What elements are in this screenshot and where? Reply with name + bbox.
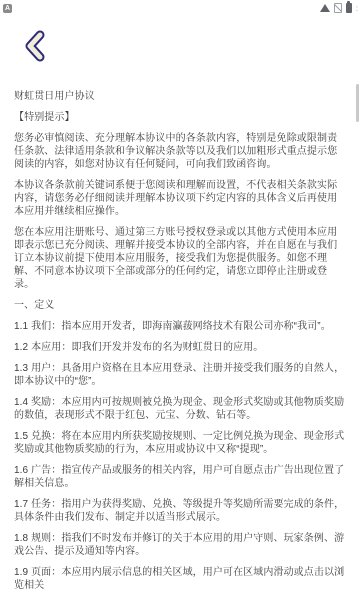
status-bar-overflow-icon: : (356, 4, 357, 13)
definition-item: 1.5 兑换：将在本应用内所获奖励按规则、一定比例兑换为现金、现金形式奖励或其他… (14, 430, 346, 456)
definition-item: 1.9 页面：本应用内展示信息的相关区域，用户可在区域内滑动或点击以浏览相关 (14, 566, 346, 592)
intro-paragraph: 您在本应用注册账号、通过第三方账号授权登录或以其他方式使用本应用即表示您已充分阅… (14, 226, 346, 291)
section-one-heading: 一、定义 (14, 299, 346, 312)
definition-item: 1.2 本应用：即我们开发并发布的名为财虹贯日的应用。 (14, 341, 346, 354)
no-sim-icon (334, 3, 342, 13)
intro-paragraph: 您务必审慎阅读、充分理解本协议中的各条款内容，特别是免除或限制责任条款、法律适用… (14, 132, 346, 171)
scrollbar-thumb[interactable] (356, 84, 359, 122)
intro-paragraph: 本协议各条款前关键词系便于您阅读和理解而设置，不代表相关条款实际内容，请您务必仔… (14, 179, 346, 218)
agreement-title: 财虹贯日用户协议 (14, 90, 346, 103)
definition-item: 1.1 我们：指本应用开发者，即海南瀛菝网络技术有限公司亦称“我司”。 (14, 320, 346, 333)
definition-item: 1.6 广告：指宣传产品或服务的相关内容，用户可自愿点击广告出现位置了解相关信息… (14, 464, 346, 490)
definition-item: 1.4 奖励：本应用内可按规则被兑换为现金、现金形式奖励或其他物质奖励的数值，表… (14, 396, 346, 422)
definition-item: 1.8 规则：指我们不时发布并修订的关于本应用的用户守则、玩家条例、游戏公告、提… (14, 532, 346, 558)
agreement-content: 财虹贯日用户协议 【特别提示】 您务必审慎阅读、充分理解本协议中的各条款内容，特… (0, 90, 360, 592)
definition-item: 1.3 用户：具备用户资格在且本应用登录、注册并接受我们服务的自然人，即本协议中… (14, 362, 346, 388)
definition-item: 1.7 任务：指用户为获得奖励、兑换、等级提升等奖励所需要完成的条件，具体条件由… (14, 498, 346, 524)
special-notice-heading: 【特别提示】 (14, 111, 346, 124)
status-bar: A : (0, 0, 360, 16)
battery-icon (346, 3, 352, 13)
chevron-left-icon (20, 30, 50, 62)
wifi-icon (320, 4, 330, 12)
back-button[interactable] (20, 30, 50, 62)
app-notification-icon: A (3, 4, 12, 13)
